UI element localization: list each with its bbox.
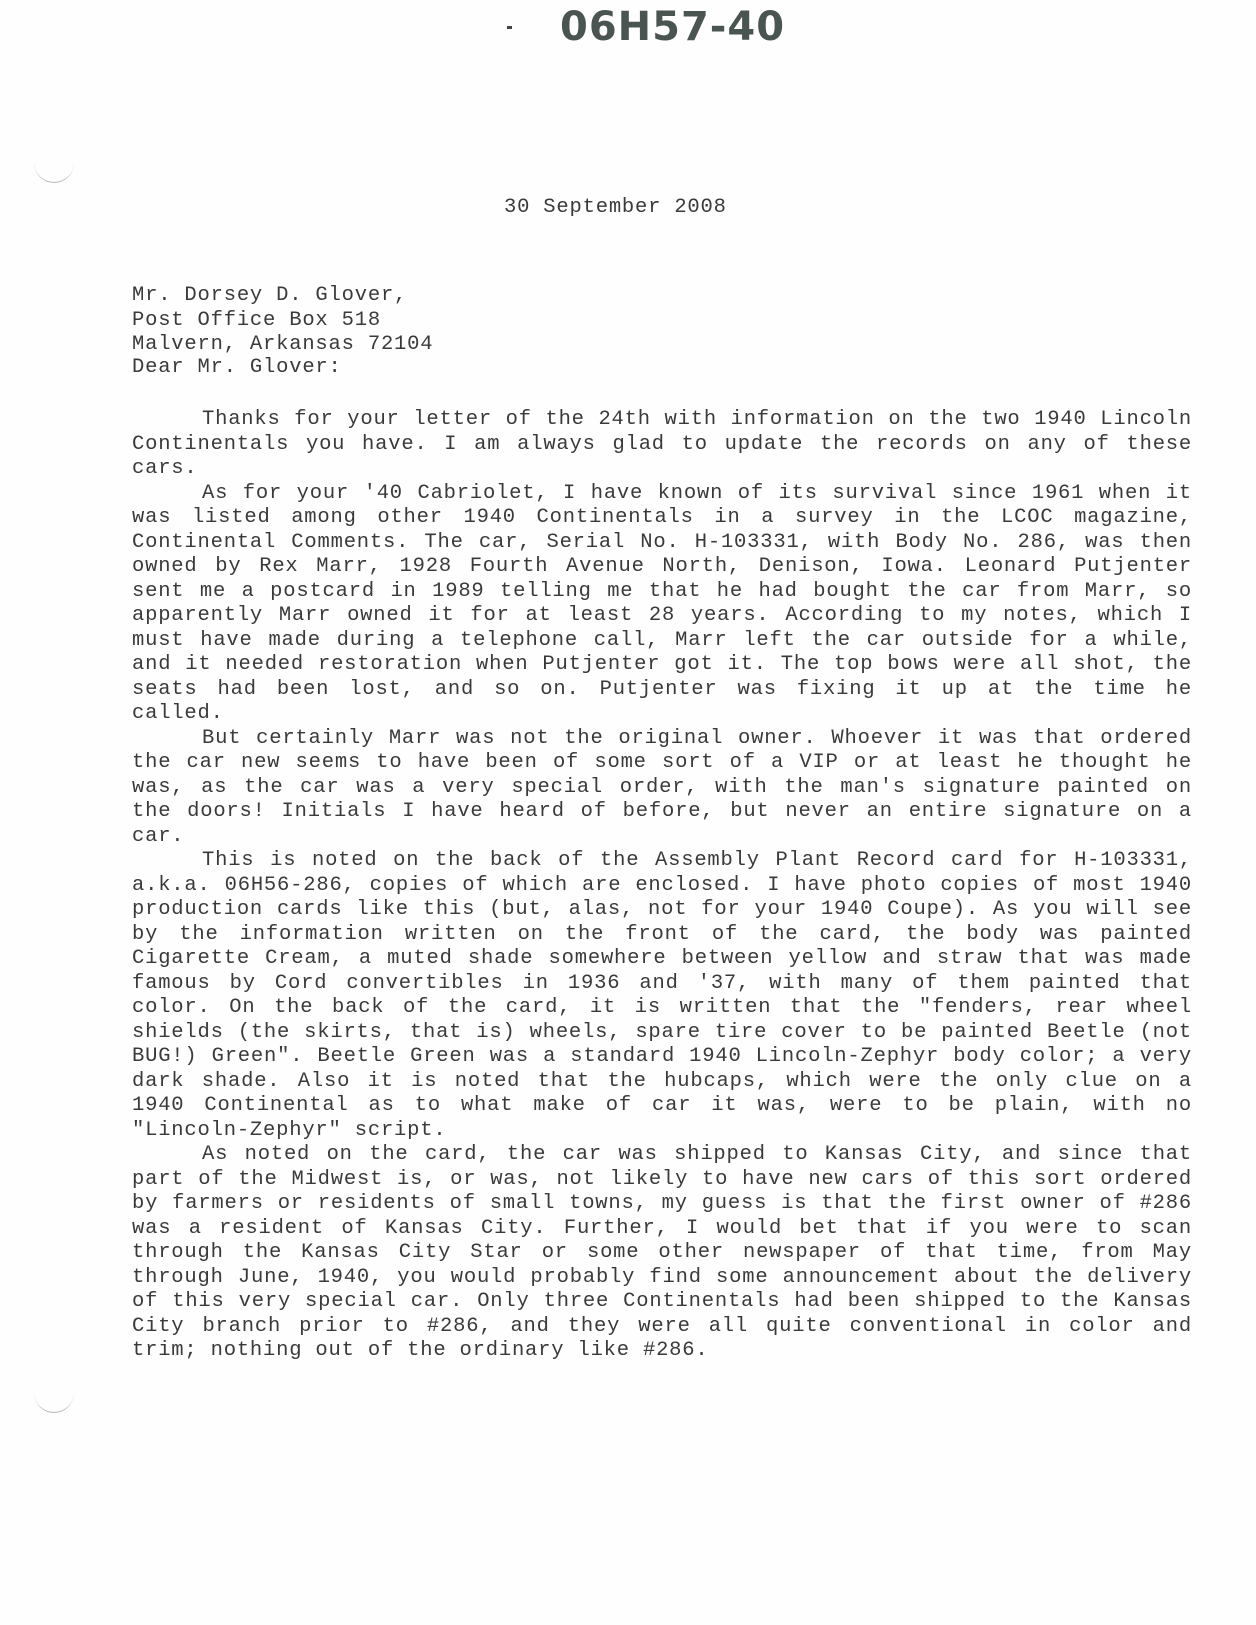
- recipient-address: Mr. Dorsey D. Glover, Post Office Box 51…: [132, 284, 433, 358]
- paragraph: But certainly Marr was not the original …: [132, 727, 1192, 850]
- ink-dot: [507, 26, 512, 29]
- punch-hole-mark: [34, 160, 74, 183]
- recipient-name: Mr. Dorsey D. Glover,: [132, 284, 433, 309]
- address-line: Post Office Box 518: [132, 309, 433, 334]
- punch-hole-mark: [34, 1390, 74, 1413]
- address-line: Malvern, Arkansas 72104: [132, 333, 433, 358]
- letter-body: Thanks for your letter of the 24th with …: [132, 408, 1192, 1364]
- paragraph: This is noted on the back of the Assembl…: [132, 849, 1192, 1143]
- letter-date: 30 September 2008: [504, 196, 727, 221]
- paragraph: As noted on the card, the car was shippe…: [132, 1143, 1192, 1364]
- paragraph: Thanks for your letter of the 24th with …: [132, 408, 1192, 482]
- salutation: Dear Mr. Glover:: [132, 356, 342, 381]
- handwritten-reference-number: 06H57-40: [560, 4, 785, 50]
- paragraph: As for your '40 Cabriolet, I have known …: [132, 482, 1192, 727]
